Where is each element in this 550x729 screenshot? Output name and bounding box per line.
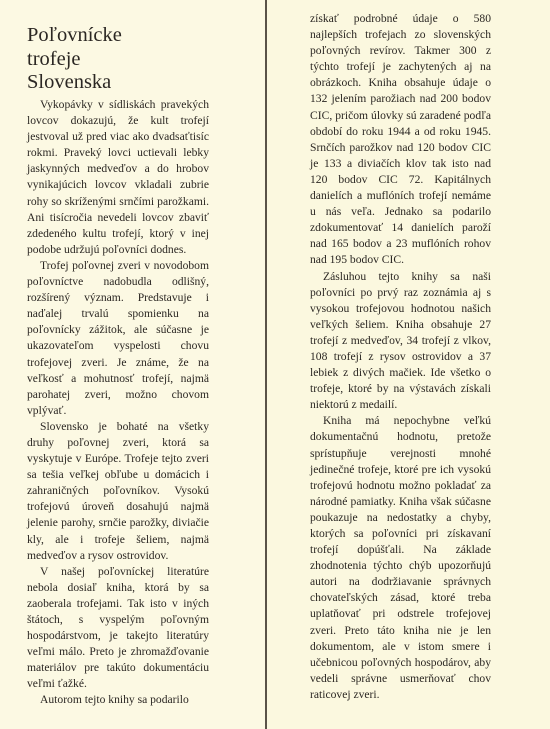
title-line: trofeje (27, 48, 122, 72)
book-spread: Poľovnícke trofeje Slovenska Vykopávky v… (0, 0, 550, 729)
paragraph: Slovensko je bohaté na všetky druhy poľo… (27, 419, 209, 564)
paragraph: Autorom tejto knihy sa podarilo (27, 692, 209, 708)
paragraph: Vykopávky v sídliskách pravekých lovcov … (27, 97, 209, 258)
title-line: Poľovnícke (27, 24, 122, 48)
right-page: získať podrobné údaje o 580 najlepších t… (267, 0, 550, 729)
left-page: Poľovnícke trofeje Slovenska Vykopávky v… (0, 0, 265, 729)
paragraph: získať podrobné údaje o 580 najlepších t… (310, 11, 491, 269)
left-text-column: Vykopávky v sídliskách pravekých lovcov … (27, 97, 209, 709)
chapter-title: Poľovnícke trofeje Slovenska (27, 24, 122, 95)
right-text-column: získať podrobné údaje o 580 najlepších t… (310, 11, 491, 703)
paragraph: Zásluhou tejto knihy sa naši poľovníci p… (310, 269, 491, 414)
paragraph: V našej poľovníckej literatúre nebola do… (27, 564, 209, 693)
paragraph: Kniha má nepochybne veľkú dokumentačnú h… (310, 413, 491, 703)
title-line: Slovenska (27, 71, 122, 95)
paragraph: Trofej poľovnej zveri v novodobom poľovn… (27, 258, 209, 419)
